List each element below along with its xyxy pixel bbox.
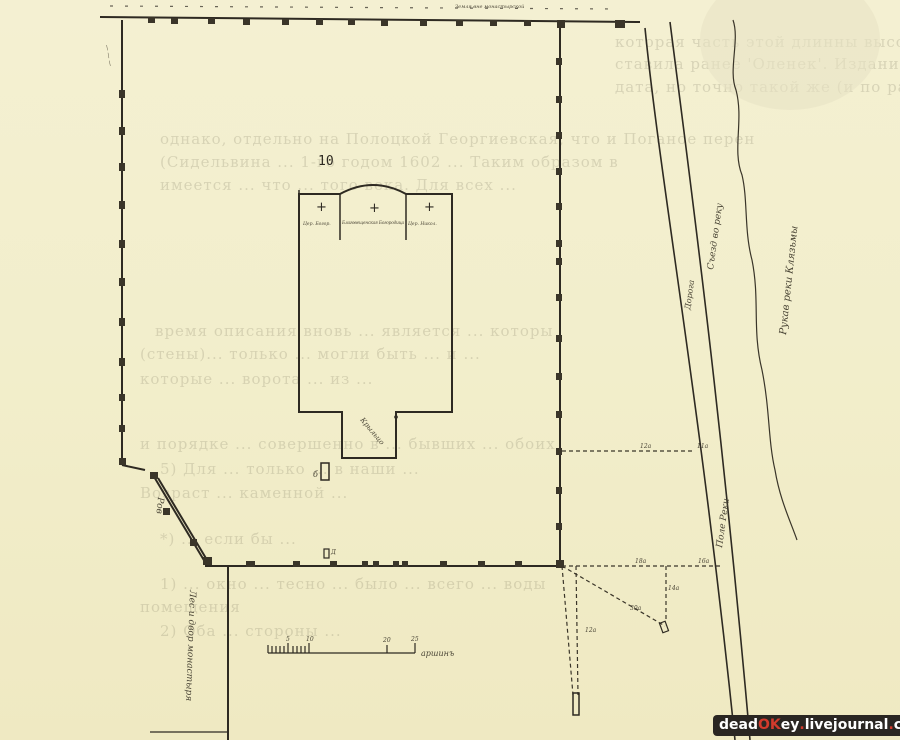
survey-measurements: 12а 11а 18а 16а 30а 14а 12а [585, 443, 710, 634]
svg-text:аршинъ: аршинъ [421, 649, 454, 658]
svg-text:б: б [313, 470, 318, 479]
cross-icon: + [316, 200, 327, 215]
svg-text:25: 25 [410, 636, 419, 643]
svg-text:Дорога: Дорога [683, 279, 696, 311]
gate-marker: Д [324, 549, 336, 558]
entrance-label: Крыльцо [358, 415, 386, 446]
wall-towers [119, 17, 625, 568]
svg-text:12а: 12а [585, 627, 597, 634]
chapel-label: Благовещенская Богородица [341, 220, 405, 225]
site-plan: — — — 10 + + + Цер. Богор. Благовещенска… [0, 0, 900, 740]
survey-lines [562, 451, 720, 695]
svg-text:Съезд во реку: Съезд во реку [706, 202, 725, 270]
church-building: 10 + + + Цер. Богор. Благовещенская Бого… [299, 154, 452, 458]
top-wall-note: Земля вне монастырской [455, 4, 524, 10]
svg-text:Ров: Ров [154, 496, 166, 515]
svg-text:20: 20 [382, 637, 391, 644]
svg-text:30а: 30а [630, 605, 642, 612]
survey-marker [659, 621, 668, 632]
road-label-2: Съезд во реку [706, 202, 725, 270]
svg-text:5: 5 [286, 636, 290, 643]
svg-text:Земля вне монастырской: Земля вне монастырской [455, 4, 524, 10]
post-marker [573, 693, 579, 715]
svg-text:16а: 16а [698, 558, 710, 565]
cross-icon: + [369, 201, 380, 216]
scale-bar: 5 10 20 25 аршинъ [268, 636, 454, 658]
svg-text:14а: 14а [668, 585, 680, 592]
svg-text:12а: 12а [640, 443, 652, 450]
svg-text:— — —: — — — [103, 44, 114, 67]
moat-label: Ров [154, 496, 166, 515]
cross-icon: + [424, 200, 435, 215]
top-left-note: — — — [103, 44, 114, 67]
svg-text:18а: 18а [635, 558, 647, 565]
svg-text:11а: 11а [697, 443, 709, 450]
river-channel-label: Рукав реки Клязьмы [778, 225, 800, 336]
southwest-label: Лес и двор монастыря [183, 589, 197, 701]
faded-stamp [700, 0, 880, 110]
chapel-label: Цер. Никол. [408, 221, 437, 227]
scanned-page: которая часть этой длинны высокая каменн… [0, 0, 900, 740]
building-number: 10 [318, 154, 334, 169]
svg-text:10: 10 [306, 636, 314, 643]
river-banks [645, 22, 750, 740]
site-watermark: deadOKey.livejournal.com [713, 715, 900, 736]
small-outbuilding: б [313, 463, 329, 480]
svg-text:Рукав реки Клязьмы: Рукав реки Клязьмы [778, 225, 800, 336]
svg-text:Лес и двор монастыря: Лес и двор монастыря [183, 589, 197, 701]
road-label-1: Дорога [683, 279, 696, 311]
chapel-label: Цер. Богор. [303, 221, 331, 227]
svg-text:Д: Д [330, 549, 336, 556]
